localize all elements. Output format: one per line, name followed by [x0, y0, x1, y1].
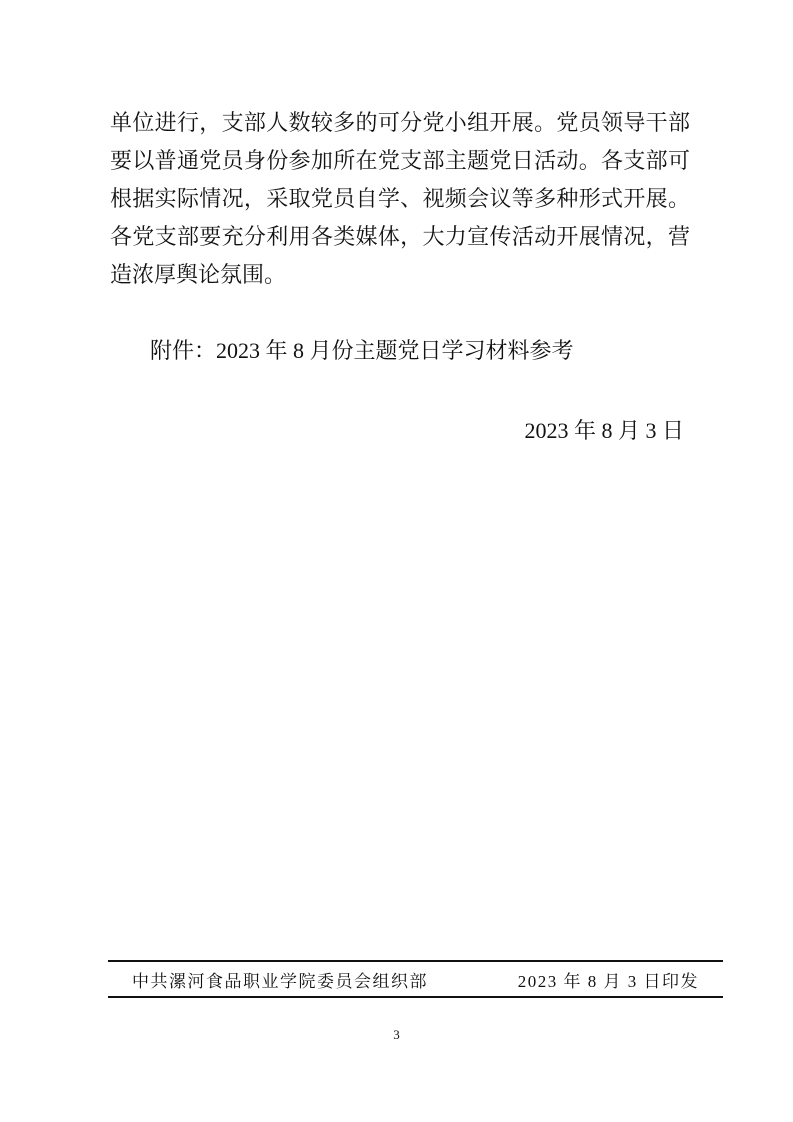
body-line-5: 造浓厚舆论氛围。	[110, 256, 690, 294]
body-line-2: 要以普通党员身份参加所在党支部主题党日活动。各支部可	[110, 142, 690, 180]
document-page: 单位进行，支部人数较多的可分党小组开展。党员领导干部 要以普通党员身份参加所在党…	[0, 0, 793, 1122]
attachment-line: 附件：2023 年 8 月份主题党日学习材料参考	[110, 332, 690, 370]
date-line: 2023 年 8 月 3 日	[110, 412, 690, 450]
body-paragraph: 单位进行，支部人数较多的可分党小组开展。党员领导干部 要以普通党员身份参加所在党…	[110, 104, 690, 294]
page-number: 3	[0, 1026, 793, 1044]
body-line-3: 根据实际情况，采取党员自学、视频会议等多种形式开展。	[110, 180, 690, 218]
footer-imprint: 中共漯河食品职业学院委员会组织部 2023 年 8 月 3 日印发	[108, 960, 723, 998]
print-date: 2023 年 8 月 3 日印发	[518, 967, 699, 992]
body-line-1: 单位进行，支部人数较多的可分党小组开展。党员领导干部	[110, 104, 690, 142]
issuer-name: 中共漯河食品职业学院委员会组织部	[132, 967, 428, 992]
body-line-4: 各党支部要充分利用各类媒体，大力宣传活动开展情况，营	[110, 218, 690, 256]
